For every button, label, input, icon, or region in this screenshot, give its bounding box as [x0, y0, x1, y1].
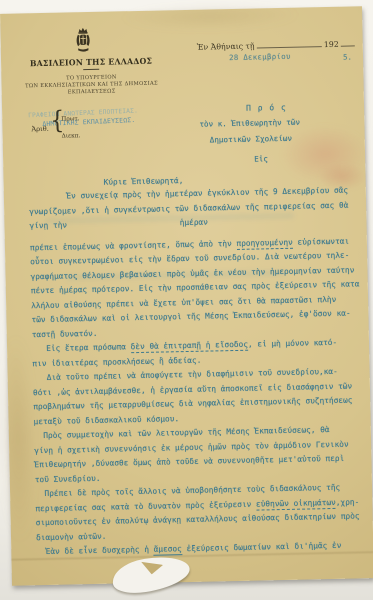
top-discoloration [120, 2, 301, 32]
text-segment: μεταξὺ τοῦ διδασκαλικοῦ κόσμου. [33, 414, 179, 426]
recipient-line1: τὸν κ. Ἐπιθεωρητὴν τῶν [199, 118, 300, 129]
pink-stain [280, 124, 369, 184]
royal-coat-of-arms-icon [74, 26, 92, 55]
underlined-phrase: εὐθηνῶν οἰκημάτων [256, 497, 336, 510]
protocol-diekp-label: Διεκπ. [62, 133, 81, 139]
text-segment: περιφερείας σας κατὰ τὸ δυνατὸν πρὸς ἐξε… [35, 499, 256, 513]
ministry-name: ΤΟ ΥΠΟΥΡΓΕΙΟΝ ΤΩΝ ΕΚΚΛΗΣΙΑΣΤΙΚΩΝ ΚΑΙ ΤΗΣ… [9, 73, 173, 97]
dateline-blank [256, 40, 321, 48]
dateline-year-printed: 192 [324, 40, 339, 49]
text-segment [67, 218, 180, 229]
protocol-prot-label: Πρωτ. [61, 116, 79, 122]
recipient-line2: Δημοτικῶν Σχολείων [210, 134, 292, 145]
letter-page: ΒΑΣΙΛΕΙΟΝ ΤΗΣ ΕΛΛΑΔΟΣ ΤΟ ΥΠΟΥΡΓΕΙΟΝ ΤΩΝ … [0, 6, 373, 585]
underlined-phrase: ἄμεσος [154, 544, 182, 555]
title-rule [83, 69, 99, 70]
text-segment: γίνῃ τὴν [29, 220, 67, 230]
letter-body: Ἐν συνεχείᾳ πρὸς τὴν ἡμετέραν ἐγκύκλιον … [29, 183, 373, 559]
text-segment: Ἐὰν δὲ εἶνε δυσχερὴς ἡ [36, 545, 154, 556]
kingdom-title: ΒΑΣΙΛΕΙΟΝ ΤΗΣ ΕΛΛΑΔΟΣ [21, 56, 160, 69]
underlined-phrase: δὲν θὰ ἐπιτραπῇ ἡ εἴσοδος [131, 340, 249, 353]
text-segment: τοῦ Συνεδρίου. [35, 473, 101, 483]
text-segment: πιν ἰδιαιτέρας προσκλήσεως ἢ ἀδείας. [32, 355, 201, 368]
text-segment: Εἰς ἕτερα πρόσωπα [32, 342, 131, 353]
text-segment: εὑρίσκωνται [293, 236, 350, 246]
salutation: Κύριε Ἐπιθεωρητά, [104, 176, 184, 187]
dateline-year-blank [341, 40, 355, 47]
dateline: Ἐν Ἀθήναις τῇ 192 [197, 39, 357, 51]
protocol-number-label: Ἀριθ. [31, 125, 48, 133]
text-segment: ἐξεύρεσις δωματίων καὶ δι'ἡμᾶς ἐν [182, 541, 342, 553]
text-segment: ἡμέραν [180, 218, 208, 228]
underlined-phrase: προηγουμένην [236, 237, 293, 249]
dateline-place: Ἐν Ἀθήναις τῇ [197, 42, 255, 52]
scanned-document: ΒΑΣΙΛΕΙΟΝ ΤΗΣ ΕΛΛΑΔΟΣ ΤΟ ΥΠΟΥΡΓΕΙΟΝ ΤΩΝ … [0, 0, 373, 600]
recipient-line3: Εἰς [254, 154, 268, 163]
text-segment: πρέπει ἑπομένως νὰ φροντίσητε, ὅπως ἀπὸ … [30, 238, 237, 251]
text-segment: , εἰ μὴ μόνον κατό- [248, 338, 337, 349]
typed-date: 28 Δεκεμβρίου [229, 52, 291, 62]
text-segment: διαμονὴν αὐτῶν. [36, 531, 107, 541]
typed-year-digit: 5. [343, 52, 352, 61]
recipient-heading: Π ρ ό ς [246, 103, 287, 113]
text-segment: ταστῇ δυνατόν. [32, 328, 98, 338]
text-segment: ,χρη- [336, 497, 360, 506]
